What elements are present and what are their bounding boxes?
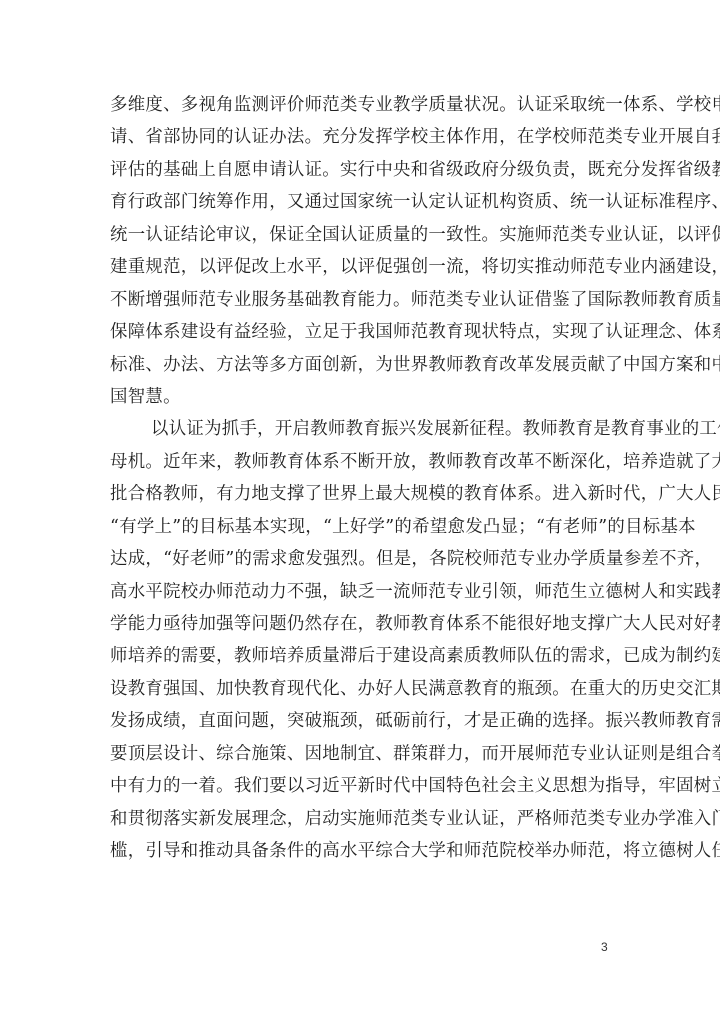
paragraph-1-line-9: 标准、办法、方法等多方面创新，为世界教师教育改革发展贡献了中国方案和中 (110, 349, 612, 381)
paragraph-2-line-11: 要顶层设计、综合施策、因地制宜、群策群力，而开展师范专业认证则是组合拳 (110, 738, 612, 770)
body-text: 多维度、多视角监测评价师范类专业教学质量状况。认证采取统一体系、学校申 请、省部… (110, 89, 612, 868)
page-number: 3 (601, 940, 608, 954)
paragraph-2-line-6: 高水平院校办师范动力不强，缺乏一流师范专业引领，师范生立德树人和实践教 (110, 576, 612, 608)
document-page: 多维度、多视角监测评价师范类专业教学质量状况。认证采取统一体系、学校申 请、省部… (0, 0, 720, 1018)
paragraph-1-line-2: 请、省部协同的认证办法。充分发挥学校主体作用，在学校师范类专业开展自我 (110, 121, 612, 153)
paragraph-2-line-2: 母机。近年来，教师教育体系不断开放，教师教育改革不断深化，培养造就了大 (110, 446, 612, 478)
paragraph-2-line-5: 达成，“好老师”的需求愈发强烈。但是，各院校师范专业办学质量参差不齐， (110, 543, 612, 575)
paragraph-1-line-10: 国智慧。 (110, 381, 612, 413)
paragraph-1-line-3: 评估的基础上自愿申请认证。实行中央和省级政府分级负责，既充分发挥省级教 (110, 154, 612, 186)
paragraph-2-line-14: 槛，引导和推动具备条件的高水平综合大学和师范院校举办师范，将立德树人任 (110, 835, 612, 867)
paragraph-2-line-3: 批合格教师，有力地支撑了世界上最大规模的教育体系。进入新时代，广大人民 (110, 478, 612, 510)
paragraph-1-line-6: 建重规范，以评促改上水平，以评促强创一流，将切实推动师范专业内涵建设， (110, 251, 612, 283)
paragraph-2-line-4: “有学上”的目标基本实现，“上好学”的希望愈发凸显；“有老师”的目标基本 (110, 511, 612, 543)
paragraph-2-line-7: 学能力亟待加强等问题仍然存在，教师教育体系不能很好地支撑广大人民对好教 (110, 608, 612, 640)
paragraph-1-line-7: 不断增强师范专业服务基础教育能力。师范类专业认证借鉴了国际教师教育质量 (110, 284, 612, 316)
paragraph-1-line-8: 保障体系建设有益经验，立足于我国师范教育现状特点，实现了认证理念、体系、 (110, 316, 612, 348)
paragraph-1-line-5: 统一认证结论审议，保证全国认证质量的一致性。实施师范类专业认证，以评促 (110, 219, 612, 251)
paragraph-1-line-1: 多维度、多视角监测评价师范类专业教学质量状况。认证采取统一体系、学校申 (110, 89, 612, 121)
paragraph-1-line-4: 育行政部门统筹作用，又通过国家统一认定认证机构资质、统一认证标准程序、 (110, 186, 612, 218)
paragraph-2-line-8: 师培养的需要，教师培养质量滞后于建设高素质教师队伍的需求，已成为制约建 (110, 640, 612, 672)
paragraph-2-line-12: 中有力的一着。我们要以习近平新时代中国特色社会主义思想为指导，牢固树立 (110, 770, 612, 802)
paragraph-2-line-10: 发扬成绩，直面问题，突破瓶颈，砥砺前行，才是正确的选择。振兴教师教育需 (110, 705, 612, 737)
paragraph-2-line-1: 以认证为抓手，开启教师教育振兴发展新征程。教师教育是教育事业的工作 (110, 413, 612, 445)
paragraph-2-line-9: 设教育强国、加快教育现代化、办好人民满意教育的瓶颈。在重大的历史交汇期， (110, 673, 612, 705)
paragraph-2-line-13: 和贯彻落实新发展理念，启动实施师范类专业认证，严格师范类专业办学准入门 (110, 803, 612, 835)
